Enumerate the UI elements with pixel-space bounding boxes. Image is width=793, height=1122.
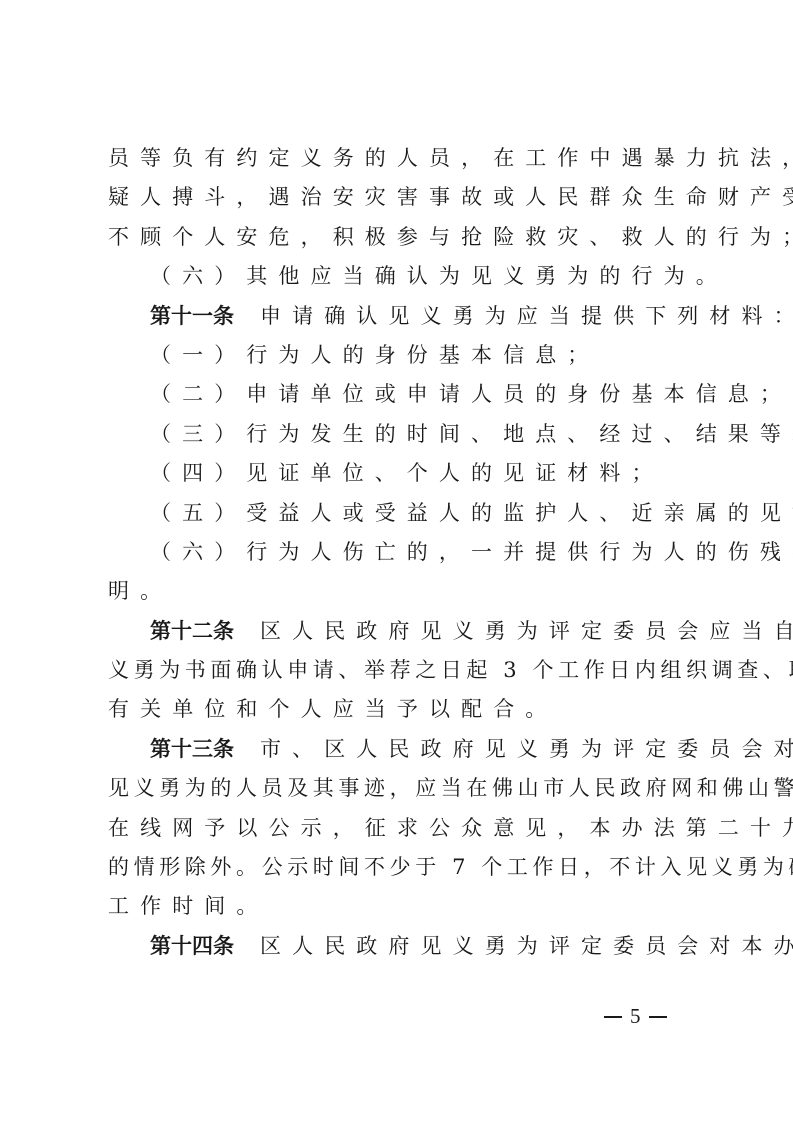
- article-text: 市、区人民政府见义勇为评定委员会对拟确认为: [260, 737, 793, 761]
- dash-right-icon: [649, 1016, 667, 1018]
- paragraph-line: 疑人搏斗，遇治安灾害事故或人民群众生命财产受到严重威胁，: [108, 178, 693, 217]
- list-item: （四）见证单位、个人的见证材料；: [108, 454, 693, 493]
- page-number: 5: [630, 1004, 641, 1029]
- article-number: 第十四条: [150, 934, 234, 958]
- paragraph-line: 有关单位和个人应当予以配合。: [108, 690, 693, 729]
- article-number: 第十三条: [150, 737, 234, 761]
- article-14-heading-line: 第十四条区人民政府见义勇为评定委员会对本办法第十: [108, 927, 693, 966]
- list-item: （一）行为人的身份基本信息；: [108, 336, 693, 375]
- paragraph-line: 明。: [108, 572, 693, 611]
- article-number: 第十一条: [150, 304, 234, 328]
- document-body: 员等负有约定义务的人员，在工作中遇暴力抗法，与违法犯罪嫌 疑人搏斗，遇治安灾害事…: [108, 139, 693, 966]
- page-footer: 5: [604, 1004, 667, 1029]
- paragraph-line: 见义勇为的人员及其事迹，应当在佛山市人民政府网和佛山警务: [108, 769, 693, 808]
- list-item: （三）行为发生的时间、地点、经过、结果等基本情况；: [108, 415, 693, 454]
- list-item: （六）行为人伤亡的，一并提供行为人的伤残鉴定或死亡证: [108, 533, 693, 572]
- article-text: 区人民政府见义勇为评定委员会对本办法第十: [260, 934, 793, 958]
- list-item: （二）申请单位或申请人员的身份基本信息；: [108, 375, 693, 414]
- list-item: （五）受益人或受益人的监护人、近亲属的见证材料；: [108, 494, 693, 533]
- article-text: 申请确认见义勇为应当提供下列材料：: [260, 304, 793, 328]
- article-text: 区人民政府见义勇为评定委员会应当自受理见: [260, 619, 793, 643]
- paragraph-line: 在线网予以公示，征求公众意见，本办法第二十九条第一款规定: [108, 809, 693, 848]
- paragraph-line: 工作时间。: [108, 887, 693, 926]
- article-13-heading-line: 第十三条市、区人民政府见义勇为评定委员会对拟确认为: [108, 730, 693, 769]
- article-number: 第十二条: [150, 619, 234, 643]
- dash-left-icon: [604, 1016, 622, 1018]
- paragraph-line: 义勇为书面确认申请、举荐之日起 3 个工作日内组织调查、取证，: [108, 651, 693, 690]
- article-11-heading-line: 第十一条申请确认见义勇为应当提供下列材料：: [108, 297, 693, 336]
- paragraph-line: 员等负有约定义务的人员，在工作中遇暴力抗法，与违法犯罪嫌: [108, 139, 693, 178]
- article-12-heading-line: 第十二条区人民政府见义勇为评定委员会应当自受理见: [108, 612, 693, 651]
- list-item: （六）其他应当确认为见义勇为的行为。: [108, 257, 693, 296]
- paragraph-line: 的情形除外。公示时间不少于 7 个工作日，不计入见义勇为确认: [108, 848, 693, 887]
- paragraph-line: 不顾个人安危，积极参与抢险救灾、救人的行为；: [108, 218, 693, 257]
